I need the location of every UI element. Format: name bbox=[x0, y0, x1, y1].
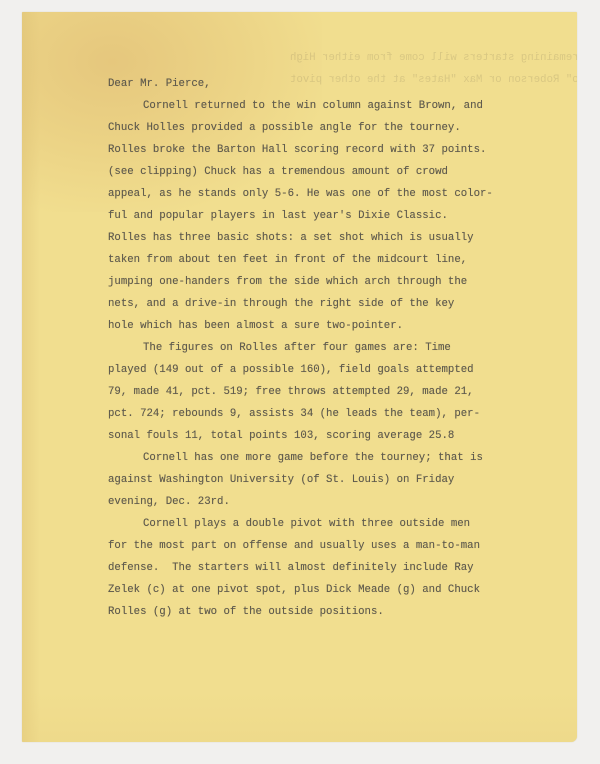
paragraph-line: against Washington University (of St. Lo… bbox=[108, 469, 568, 491]
paper-bottom-shading bbox=[22, 692, 577, 742]
paragraph-line: sonal fouls 11, total points 103, scorin… bbox=[108, 425, 568, 447]
paragraph-line: Rolles (g) at two of the outside positio… bbox=[108, 601, 568, 623]
paragraph-line: for the most part on offense and usually… bbox=[108, 535, 568, 557]
paragraph-line: defense. The starters will almost defini… bbox=[108, 557, 568, 579]
letter-paper: The remaining starters will come from ei… bbox=[22, 12, 577, 742]
paragraph-line: played (149 out of a possible 160), fiel… bbox=[108, 359, 568, 381]
salutation: Dear Mr. Pierce, bbox=[108, 73, 568, 95]
paragraph-line: Cornell has one more game before the tou… bbox=[108, 447, 568, 469]
paragraph-line: nets, and a drive-in through the right s… bbox=[108, 293, 568, 315]
paragraph-line: appeal, as he stands only 5-6. He was on… bbox=[108, 183, 568, 205]
paragraph-line: pct. 724; rebounds 9, assists 34 (he lea… bbox=[108, 403, 568, 425]
paragraph-line: Chuck Holles provided a possible angle f… bbox=[108, 117, 568, 139]
paragraph-line: hole which has been almost a sure two-po… bbox=[108, 315, 568, 337]
paragraph-line: jumping one-handers from the side which … bbox=[108, 271, 568, 293]
paragraph-line: ful and popular players in last year's D… bbox=[108, 205, 568, 227]
bleed-line: The remaining starters will come from ei… bbox=[290, 52, 577, 64]
paragraph-line: Rolles broke the Barton Hall scoring rec… bbox=[108, 139, 568, 161]
paragraph-line: evening, Dec. 23rd. bbox=[108, 491, 568, 513]
paragraph-line: taken from about ten feet in front of th… bbox=[108, 249, 568, 271]
paragraph-line: Zelek (c) at one pivot spot, plus Dick M… bbox=[108, 579, 568, 601]
paragraph-line: The figures on Rolles after four games a… bbox=[108, 337, 568, 359]
paragraph-line: Rolles has three basic shots: a set shot… bbox=[108, 227, 568, 249]
paper-edge-shading bbox=[22, 12, 40, 742]
paragraph-line: 79, made 41, pct. 519; free throws attem… bbox=[108, 381, 568, 403]
paragraph-line: Cornell returned to the win column again… bbox=[108, 95, 568, 117]
letter-body: Dear Mr. Pierce, Cornell returned to the… bbox=[108, 73, 568, 623]
paragraph-line: (see clipping) Chuck has a tremendous am… bbox=[108, 161, 568, 183]
paragraph-line: Cornell plays a double pivot with three … bbox=[108, 513, 568, 535]
